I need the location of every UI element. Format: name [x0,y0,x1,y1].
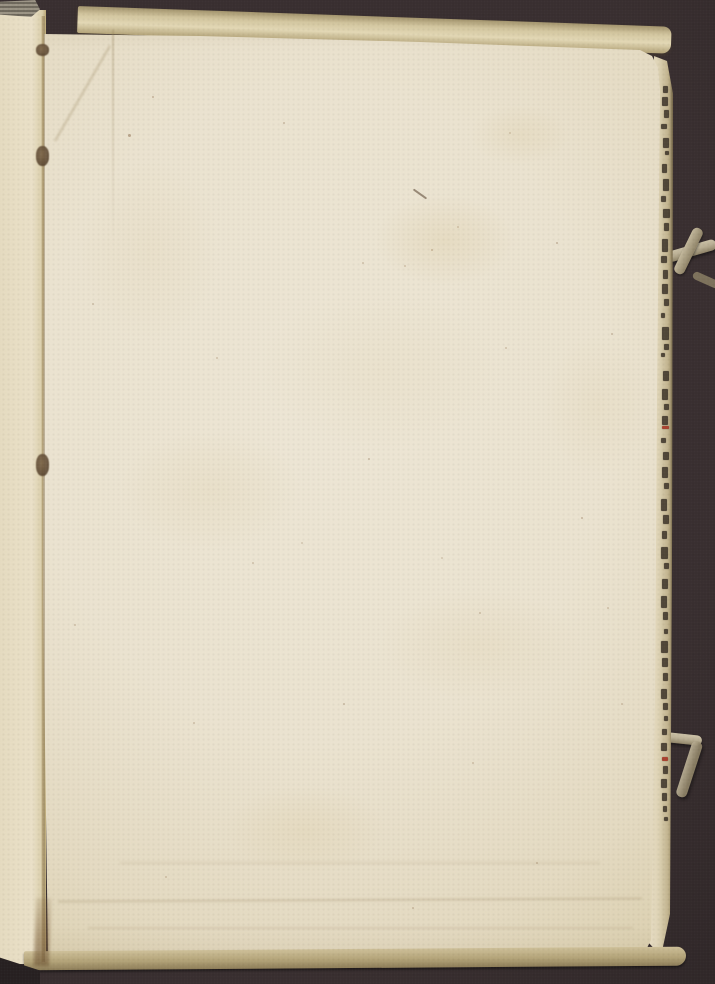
edge-text-mark [664,299,669,306]
foxing-speck [404,265,406,267]
binding-tie-bottom-strand [675,740,703,799]
edge-text-mark [662,327,669,340]
foxing-speck [74,624,76,626]
foxing-speck [607,607,609,609]
edge-text-mark [662,389,668,400]
edge-text-mark [663,452,669,460]
foxing-speck [252,562,254,564]
foxing-speck [216,357,218,359]
edge-text-mark [664,817,668,821]
foxing-speck [536,862,538,864]
edge-text-mark [664,629,668,634]
edge-text-mark [664,344,669,350]
foxing-speck [412,907,414,909]
foxing-speck [431,249,433,251]
edge-text-mark [661,499,667,511]
edge-text-mark [663,703,668,710]
edge-text-mark [661,196,666,202]
edge-text-mark [662,579,668,589]
edge-text-mark [661,596,667,608]
foxing-speck [505,347,507,349]
sewing-knot [36,454,49,476]
foxing-speck [472,762,474,764]
edge-text-mark [663,673,668,681]
spine-headband [0,0,40,17]
sewing-knot [36,44,49,56]
edge-text-mark [662,658,668,667]
edge-text-mark [661,689,667,699]
foxing-speck [556,242,558,244]
edge-text-mark [661,313,665,318]
edge-text-mark [663,612,668,620]
edge-text-mark [661,124,667,129]
edge-text-mark [661,641,668,653]
gutter-wear [34,898,51,966]
edge-text-mark [662,467,668,478]
edge-text-mark [662,793,667,801]
edge-text-mark [662,729,667,735]
foxing-speck [283,122,285,124]
tail-edge-band [24,947,686,971]
edge-text-mark [661,547,668,559]
foxing-speck [343,703,345,705]
shoulder-crease [112,30,114,245]
edge-text-mark [664,483,669,489]
edge-text-mark [663,270,668,279]
edge-text-mark [662,531,667,539]
edge-text-mark [661,779,667,788]
edge-text-mark [664,110,669,118]
edge-text-mark [664,716,668,721]
book-photograph [0,0,715,984]
edge-text-mark [661,743,667,751]
edge-text-mark [663,138,669,148]
sewing-knot [36,146,49,166]
edge-text-mark [664,223,669,231]
foxing-speck [441,557,443,559]
edge-text-mark-red [662,426,669,429]
foxing-speck [457,226,459,228]
edge-text-mark [662,164,667,173]
foxing-speck [362,262,364,264]
foxing-speck [368,458,370,460]
edge-text-mark [664,404,669,410]
foxing-speck [611,333,613,335]
edge-text-mark [661,353,665,357]
edge-text-mark [663,766,668,774]
edge-text-mark [663,371,669,381]
bottom-crease-3 [120,862,600,864]
edge-text-mark [664,563,669,569]
edge-text-mark [661,438,666,443]
binding-tie-top-shadow [692,271,715,290]
edge-text-mark [661,256,667,263]
foxing-speck [152,96,154,98]
edge-text-mark [662,416,668,425]
foxing-speck [128,134,131,137]
edge-text-mark [663,209,670,218]
edge-text-mark [665,151,669,155]
edge-text-mark-red [662,757,668,761]
edge-text-mark [663,179,669,191]
edge-text-mark [663,515,669,524]
foxing-speck [621,703,623,705]
edge-text-mark [662,284,668,294]
foxing-speck [193,722,195,724]
foxing-speck [301,542,303,544]
bottom-crease-2 [88,927,633,929]
foxing-speck [581,517,583,519]
foxing-speck [479,612,481,614]
edge-text-mark [662,239,668,252]
foxing-speck [165,876,167,878]
foxing-speck [92,303,94,305]
foxing-speck [509,132,511,134]
blank-recto-page [0,0,715,984]
edge-text-mark [663,86,668,93]
edge-text-mark [662,97,668,106]
edge-text-mark [663,806,667,812]
